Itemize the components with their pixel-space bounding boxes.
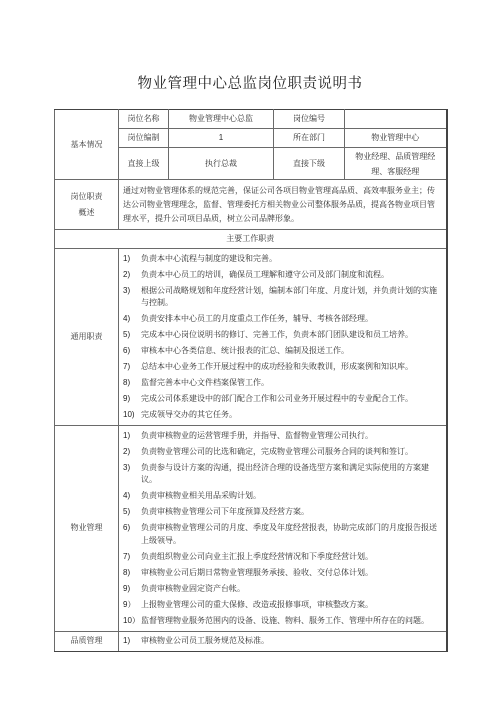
item-number: 4): [123, 490, 141, 503]
list-item: 2)负责物业管理公司的比选和确定，完成物业管理公司服务合同的谈判和签订。: [123, 446, 442, 459]
item-text: 监督管理物业服务范围内的设备、设施、物料、服务工作、管理中所存在的问题。: [141, 615, 442, 628]
field-label-position-number: 岗位编号: [274, 110, 345, 129]
item-number: 6): [123, 522, 141, 535]
field-label-headcount: 岗位编制: [119, 129, 169, 148]
document-title: 物业管理中心总监岗位职责说明书: [0, 72, 500, 93]
item-text: 审核物业公司后期日常物业管理服务承接、验收、交付总体计划。: [141, 567, 442, 580]
item-number: 5): [123, 329, 141, 342]
item-text: 负责安排本中心员工的月度重点工作任务，辅导、考核各部经理。: [141, 313, 442, 326]
list-item: 8)审核物业公司后期日常物业管理服务承接、验收、交付总体计划。: [123, 567, 442, 580]
list-item: 4)负责安排本中心员工的月度重点工作任务，辅导、考核各部经理。: [123, 313, 442, 326]
item-number: 7): [123, 551, 141, 564]
item-text: 负责审核物业相关用品采购计划。: [141, 490, 442, 503]
list-item: 1)负责审核物业的运营管理手册，并指导、监督物业管理公司执行。: [123, 430, 442, 443]
item-number: 6): [123, 345, 141, 358]
item-text: 负责审核物业固定资产台帐。: [141, 583, 442, 596]
field-value-department: 物业管理中心: [345, 129, 447, 148]
duty-group-quality-management: 品质管理 1)审核物业公司员工服务规范及标准。: [55, 631, 447, 652]
item-text: 负责本中心员工的培训，确保员工理解和遵守公司及部门制度和流程。: [141, 269, 442, 282]
list-item: 7)负责组织物业公司向业主汇报上季度经营情况和下季度经营计划。: [123, 551, 442, 564]
basic-info-row: 基本情况 岗位名称 物业管理中心总监 岗位编号: [55, 110, 447, 129]
duty-group-label: 物业管理: [55, 426, 119, 632]
item-number: 2): [123, 446, 141, 459]
list-item: 6)负责审核物业管理公司的月度、季度及年度经营报表，协助完成部门的月度报告报送上…: [123, 522, 442, 547]
item-number: 3): [123, 462, 141, 475]
main-duties-header-row: 主要工作职责: [55, 230, 447, 249]
list-item: 5)负责审核物业管理公司下年度预算及经营方案。: [123, 506, 442, 519]
list-item: 10）监督管理物业服务范围内的设备、设施、物料、服务工作、管理中所存在的问题。: [123, 615, 442, 628]
summary-text: 通过对物业管理体系的规范完善，保证公司各项目物业管理高品质、高效率服务业主；传达…: [119, 180, 447, 230]
item-text: 负责本中心流程与制度的建设和完善。: [141, 253, 442, 266]
item-text: 监督完善本中心文件档案保管工作。: [141, 377, 442, 390]
field-label-department: 所在部门: [274, 129, 345, 148]
field-label-direct-subordinates: 直接下级: [274, 148, 345, 180]
item-number: 8): [123, 567, 141, 580]
field-label-direct-superior: 直接上级: [119, 148, 169, 180]
summary-row: 岗位职责概述 通过对物业管理体系的规范完善，保证公司各项目物业管理高品质、高效率…: [55, 180, 447, 230]
field-value-direct-subordinates: 物业经理、品质管理经理、客服经理: [345, 148, 447, 180]
item-text: 完成领导交办的其它任务。: [141, 409, 442, 422]
duty-list: 1)审核物业公司员工服务规范及标准。: [119, 631, 447, 652]
field-label-position-name: 岗位名称: [119, 110, 169, 129]
list-item: 5)完成本中心岗位说明书的修订、完善工作，负责本部门团队建设和员工培养。: [123, 329, 442, 342]
item-text: 上报物业管理公司的重大保修、改造或报修事项，审核整改方案。: [141, 599, 442, 612]
summary-label: 岗位职责概述: [55, 180, 119, 230]
list-item: 9）上报物业管理公司的重大保修、改造或报修事项，审核整改方案。: [123, 599, 442, 612]
list-item: 6)审核本中心各类信息、统计报表的汇总、编制及报送工作。: [123, 345, 442, 358]
field-value-position-name: 物业管理中心总监: [169, 110, 274, 129]
item-number: 1): [123, 635, 141, 648]
item-text: 负责审核物业的运营管理手册，并指导、监督物业管理公司执行。: [141, 430, 442, 443]
item-text: 负责物业管理公司的比选和确定，完成物业管理公司服务合同的谈判和签订。: [141, 446, 442, 459]
list-item: 3)根据公司战略规划和年度经营计划，编制本部门年度、月度计划，并负责计划的实施与…: [123, 285, 442, 310]
main-duties-header: 主要工作职责: [55, 230, 447, 249]
item-text: 负责组织物业公司向业主汇报上季度经营情况和下季度经营计划。: [141, 551, 442, 564]
item-number: 3): [123, 285, 141, 298]
duty-group-general: 通用职责 1)负责本中心流程与制度的建设和完善。 2)负责本中心员工的培训，确保…: [55, 249, 447, 426]
item-text: 总结本中心业务工作开展过程中的成功经验和失败教训，形成案例和知识库。: [141, 361, 442, 374]
item-number: 1): [123, 253, 141, 266]
item-text: 审核本中心各类信息、统计报表的汇总、编制及报送工作。: [141, 345, 442, 358]
duty-group-label: 通用职责: [55, 249, 119, 426]
field-value-headcount: 1: [169, 129, 274, 148]
item-text: 负责审核物业管理公司的月度、季度及年度经营报表，协助完成部门的月度报告报送上级领…: [141, 522, 442, 547]
list-item: 1)负责本中心流程与制度的建设和完善。: [123, 253, 442, 266]
item-text: 负责审核物业管理公司下年度预算及经营方案。: [141, 506, 442, 519]
item-number: 2): [123, 269, 141, 282]
item-number: 4): [123, 313, 141, 326]
job-description-table: 基本情况 岗位名称 物业管理中心总监 岗位编号 岗位编制 1 所在部门 物业管理…: [54, 109, 448, 652]
item-number: 1): [123, 430, 141, 443]
list-item: 4)负责审核物业相关用品采购计划。: [123, 490, 442, 503]
item-number: 10): [123, 409, 141, 422]
item-text: 完成公司体系建设中的部门配合工作和公司业务开展过程中的专业配合工作。: [141, 393, 442, 406]
duty-list: 1)负责本中心流程与制度的建设和完善。 2)负责本中心员工的培训，确保员工理解和…: [119, 249, 447, 426]
duty-group-property-management: 物业管理 1)负责审核物业的运营管理手册，并指导、监督物业管理公司执行。 2)负…: [55, 426, 447, 632]
duty-list: 1)负责审核物业的运营管理手册，并指导、监督物业管理公司执行。 2)负责物业管理…: [119, 426, 447, 632]
basic-info-label: 基本情况: [55, 110, 119, 180]
item-number: 5): [123, 506, 141, 519]
field-value-direct-superior: 执行总裁: [169, 148, 274, 180]
field-value-position-number: [345, 110, 447, 129]
item-number: 9）: [123, 599, 141, 612]
duty-group-label: 品质管理: [55, 631, 119, 652]
list-item: 9)完成公司体系建设中的部门配合工作和公司业务开展过程中的专业配合工作。: [123, 393, 442, 406]
item-number: 9): [123, 393, 141, 406]
item-text: 负责参与设计方案的沟通，提出经济合理的设备选型方案和满足实际使用的方案建议。: [141, 462, 442, 487]
item-number: 9): [123, 583, 141, 596]
list-item: 1)审核物业公司员工服务规范及标准。: [123, 635, 442, 648]
item-text: 审核物业公司员工服务规范及标准。: [141, 635, 442, 648]
item-text: 完成本中心岗位说明书的修订、完善工作，负责本部门团队建设和员工培养。: [141, 329, 442, 342]
item-text: 根据公司战略规划和年度经营计划，编制本部门年度、月度计划，并负责计划的实施与控制…: [141, 285, 442, 310]
item-number: 8): [123, 377, 141, 390]
list-item: 2)负责本中心员工的培训，确保员工理解和遵守公司及部门制度和流程。: [123, 269, 442, 282]
item-number: 7): [123, 361, 141, 374]
item-number: 10）: [123, 615, 141, 628]
list-item: 10)完成领导交办的其它任务。: [123, 409, 442, 422]
list-item: 3)负责参与设计方案的沟通，提出经济合理的设备选型方案和满足实际使用的方案建议。: [123, 462, 442, 487]
list-item: 9)负责审核物业固定资产台帐。: [123, 583, 442, 596]
list-item: 7)总结本中心业务工作开展过程中的成功经验和失败教训，形成案例和知识库。: [123, 361, 442, 374]
list-item: 8)监督完善本中心文件档案保管工作。: [123, 377, 442, 390]
